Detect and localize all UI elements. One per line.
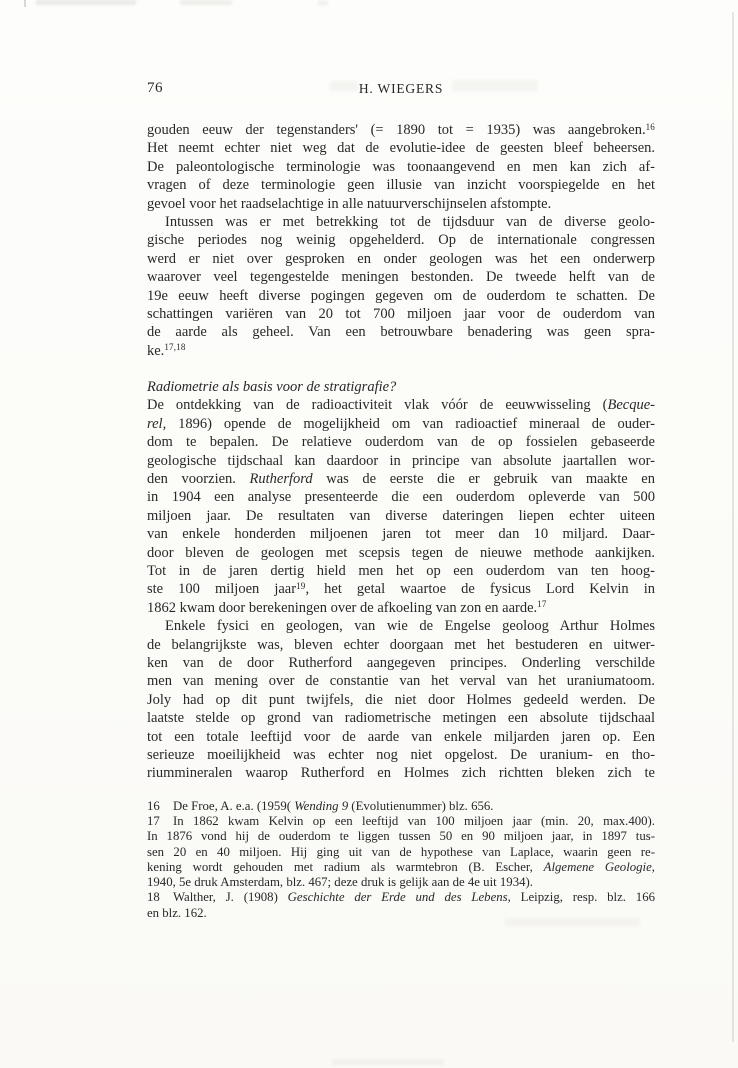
text-line: gevoel voor het raadselachtige in alle n…	[147, 195, 655, 213]
scan-artifact-top-smudge-2	[180, 0, 232, 5]
text-line: miljoen jaar. De resultaten van diverse …	[147, 507, 655, 525]
scan-artifact-top-tick	[24, 0, 26, 7]
text-line: tot een totale leeftijd voor de aarde va…	[147, 728, 655, 746]
text-line: van enkele honderden miljoenen jaren tot…	[147, 525, 655, 543]
text-segment: In 1876 vond hij de ouderdom te liggen t…	[147, 829, 655, 843]
text-segment: rel,	[147, 416, 166, 432]
text-segment: Enkele fysici en geologen, van wie de En…	[165, 618, 655, 634]
scan-artifact-right-edge	[732, 12, 734, 1042]
scan-artifact-top-smudge-1	[36, 0, 136, 5]
text-line: laatste stelde op grond van radiometrisc…	[147, 709, 655, 727]
footnote-ref: 17	[537, 599, 546, 609]
text-segment: den voorzien.	[147, 471, 250, 487]
text-segment: was de eerste die er gebruik van maakte …	[313, 471, 655, 487]
text-line: in 1904 een analyse presenteerde die een…	[147, 488, 655, 506]
text-line: schattingen variëren van 20 tot 700 milj…	[147, 305, 655, 323]
footnote-ref: 16	[646, 122, 655, 132]
text-line: waarover veel tegengestelde meningen bes…	[147, 268, 655, 286]
text-line: Tot in de jaren dertig hield men het op …	[147, 562, 655, 580]
text-segment: Intussen was er met betrekking tot de ti…	[165, 214, 655, 230]
paragraph-2: Intussen was er met betrekking tot de ti…	[147, 213, 655, 360]
text-segment: De ontdekking van de radioactiviteit vla…	[147, 397, 608, 413]
footnote-number: 18	[147, 890, 173, 905]
text-line: gische periodes nog weinig opgehelderd. …	[147, 231, 655, 249]
opening-paragraph: gouden eeuw der tegenstanders' (= 1890 t…	[147, 121, 655, 213]
text-segment: werd er niet over gesproken en onder geo…	[147, 251, 655, 267]
text-line: Radiometrie als basis voor de stratigraf…	[147, 378, 655, 396]
text-segment: (Evolutienummer) blz. 656.	[348, 799, 493, 813]
running-title: H. WIEGERS	[359, 81, 443, 97]
text-segment: 1896) opende de mogelijkheid om van radi…	[166, 416, 655, 432]
text-segment: men van mening over de constantie van he…	[147, 673, 655, 689]
text-segment: Het neemt echter niet weg dat de evoluti…	[147, 140, 655, 156]
text-segment: miljoen jaar. De resultaten van diverse …	[147, 508, 655, 524]
text-segment: van enkele honderden miljoenen jaren tot…	[147, 526, 655, 542]
text-segment: Tot in de jaren dertig hield men het op …	[147, 563, 655, 579]
footnote-number: 17	[147, 814, 173, 829]
text-segment: vragen of deze terminologie geen illusie…	[147, 177, 655, 193]
footnote-number: 16	[147, 799, 173, 814]
scan-artifact-bottom-smudge	[332, 1059, 444, 1065]
text-segment: 19e eeuw heeft diverse pogingen gegeven …	[147, 288, 655, 304]
page-number: 76	[147, 80, 163, 97]
text-segment: De Froe, A. e.a. (1959(	[173, 799, 294, 813]
footnote-ref: 17,18	[164, 342, 185, 352]
text-line: rel, 1896) opende de mogelijkheid om van…	[147, 415, 655, 433]
text-segment: , het getal waartoe de fysicus Lord Kelv…	[305, 581, 655, 597]
text-block: 76 H. WIEGERS gouden eeuw der tegenstand…	[147, 80, 655, 921]
text-segment: serieuze moeilijkheid was echter nog nie…	[147, 747, 655, 763]
text-line: werd er niet over gesproken en onder geo…	[147, 250, 655, 268]
text-line: Intussen was er met betrekking tot de ti…	[147, 213, 655, 231]
text-segment: gouden eeuw der tegenstanders' (= 1890 t…	[147, 122, 646, 138]
text-line: Het neemt echter niet weg dat de evoluti…	[147, 139, 655, 157]
text-segment: Geschichte der Erde und des Lebens,	[288, 890, 511, 904]
page-content: gouden eeuw der tegenstanders' (= 1890 t…	[147, 121, 655, 921]
text-segment: Rutherford	[250, 471, 313, 487]
book-page: 76 H. WIEGERS gouden eeuw der tegenstand…	[0, 0, 738, 1068]
text-line: 16De Froe, A. e.a. (1959( Wending 9 (Evo…	[147, 799, 655, 814]
text-line: In 1876 vond hij de ouderdom te liggen t…	[147, 829, 655, 844]
text-line: serieuze moeilijkheid was echter nog nie…	[147, 746, 655, 764]
text-segment: ste 100 miljoen jaar	[147, 581, 296, 597]
text-line: ste 100 miljoen jaar19, het getal waarto…	[147, 580, 655, 598]
text-segment: waarover veel tegengestelde meningen bes…	[147, 269, 655, 285]
section-heading: Radiometrie als basis voor de stratigraf…	[147, 378, 655, 396]
text-segment: de belangrijkste was, bleven echter door…	[147, 637, 655, 653]
text-segment: ken van de door Rutherford aangegeven pr…	[147, 655, 655, 671]
text-segment: schattingen variëren van 20 tot 700 milj…	[147, 306, 655, 322]
text-segment: sen 20 en 40 miljoen. Hij ging uit van d…	[147, 845, 655, 859]
text-line: gouden eeuw der tegenstanders' (= 1890 t…	[147, 121, 655, 139]
text-segment: In 1862 kwam Kelvin op een leeftijd van …	[173, 814, 655, 828]
text-segment: Becque-	[608, 397, 656, 413]
text-segment: Walther, J. (1908)	[173, 890, 288, 904]
text-segment: en blz. 162.	[147, 906, 207, 920]
text-line: De paleontologische terminologie was too…	[147, 158, 655, 176]
footnote-ref: 19	[296, 581, 305, 591]
text-line: ken van de door Rutherford aangegeven pr…	[147, 654, 655, 672]
text-segment: 1940, 5e druk Amsterdam, blz. 467; deze …	[147, 875, 533, 889]
text-line: en blz. 162.	[147, 906, 655, 921]
text-segment: Leipzig, resp. blz. 166	[511, 890, 655, 904]
text-segment: in 1904 een analyse presenteerde die een…	[147, 489, 655, 505]
text-line: vragen of deze terminologie geen illusie…	[147, 176, 655, 194]
text-segment: 1862 kwam door berekeningen over de afko…	[147, 600, 537, 616]
text-segment: dom te bepalen. De relatieve ouderdom va…	[147, 434, 655, 450]
text-line: 1940, 5e druk Amsterdam, blz. 467; deze …	[147, 875, 655, 890]
text-segment: gevoel voor het raadselachtige in alle n…	[147, 196, 551, 212]
text-segment: Radiometrie als basis voor de stratigraf…	[147, 379, 396, 395]
text-line: De ontdekking van de radioactiviteit vla…	[147, 396, 655, 414]
paragraph-4: Enkele fysici en geologen, van wie de En…	[147, 617, 655, 783]
text-line: de belangrijkste was, bleven echter door…	[147, 636, 655, 654]
text-line: riummineralen waarop Rutherford en Holme…	[147, 764, 655, 782]
text-line: sen 20 en 40 miljoen. Hij ging uit van d…	[147, 845, 655, 860]
text-segment: ke.	[147, 343, 164, 359]
text-line: men van mening over de constantie van he…	[147, 672, 655, 690]
text-segment: Joly had op dit punt twijfels, die niet …	[147, 692, 655, 708]
text-segment: kening wordt gehouden met radium als war…	[147, 860, 544, 874]
text-line: 1862 kwam door berekeningen over de afko…	[147, 599, 655, 617]
paragraph-3: De ontdekking van de radioactiviteit vla…	[147, 396, 655, 617]
text-line: Enkele fysici en geologen, van wie de En…	[147, 617, 655, 635]
text-line: Joly had op dit punt twijfels, die niet …	[147, 691, 655, 709]
text-line: door bleven de geologen met scepsis tege…	[147, 544, 655, 562]
text-line: ke.17,18	[147, 342, 655, 360]
text-segment: laatste stelde op grond van radiometrisc…	[147, 710, 655, 726]
page-header: 76 H. WIEGERS	[147, 80, 655, 121]
text-line: de aarde als geheel. Van een betrouwbare…	[147, 323, 655, 341]
text-segment: De paleontologische terminologie was too…	[147, 159, 655, 175]
text-segment: tot een totale leeftijd voor de aarde va…	[147, 729, 655, 745]
text-line: dom te bepalen. De relatieve ouderdom va…	[147, 433, 655, 451]
text-line: kening wordt gehouden met radium als war…	[147, 860, 655, 875]
scan-artifact-top-smudge-3	[318, 1, 328, 5]
text-segment: Wending 9	[294, 799, 348, 813]
text-line: geologische tijdschaal kan daardoor in p…	[147, 452, 655, 470]
text-segment: Algemene Geologie,	[544, 860, 655, 874]
text-segment: de aarde als geheel. Van een betrouwbare…	[147, 324, 655, 340]
text-segment: geologische tijdschaal kan daardoor in p…	[147, 453, 655, 469]
text-segment: gische periodes nog weinig opgehelderd. …	[147, 232, 655, 248]
text-line: den voorzien. Rutherford was de eerste d…	[147, 470, 655, 488]
text-line: 18Walther, J. (1908) Geschichte der Erde…	[147, 890, 655, 905]
text-line: 17In 1862 kwam Kelvin op een leeftijd va…	[147, 814, 655, 829]
text-segment: riummineralen waarop Rutherford en Holme…	[147, 765, 655, 781]
text-line: 19e eeuw heeft diverse pogingen gegeven …	[147, 287, 655, 305]
text-segment: door bleven de geologen met scepsis tege…	[147, 545, 655, 561]
footnotes: 16De Froe, A. e.a. (1959( Wending 9 (Evo…	[147, 799, 655, 921]
